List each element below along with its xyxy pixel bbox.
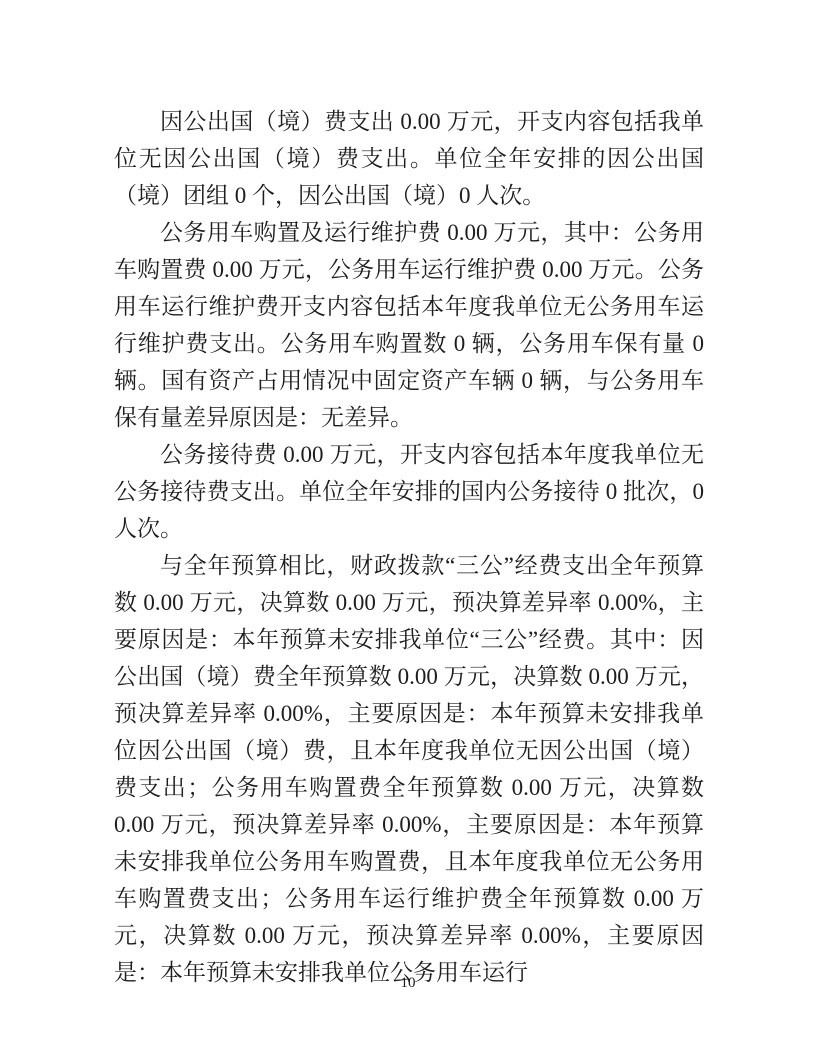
paragraph-official-reception-expense: 公务接待费 0.00 万元，开支内容包括本年度我单位无公务接待费支出。单位全年安… [114,436,704,547]
document-body: 因公出国（境）费支出 0.00 万元，开支内容包括我单位无因公出国（境）费支出。… [114,103,704,991]
paragraph-budget-vs-final-accounts: 与全年预算相比，财政拨款“三公”经费支出全年预算数 0.00 万元，决算数 0.… [114,547,704,991]
document-page: 因公出国（境）费支出 0.00 万元，开支内容包括我单位无因公出国（境）费支出。… [0,0,816,1056]
paragraph-official-vehicle-expense: 公务用车购置及运行维护费 0.00 万元，其中：公务用车购置费 0.00 万元，… [114,214,704,436]
paragraph-overseas-trip-expense: 因公出国（境）费支出 0.00 万元，开支内容包括我单位无因公出国（境）费支出。… [114,103,704,214]
page-number: 10 [0,973,816,993]
